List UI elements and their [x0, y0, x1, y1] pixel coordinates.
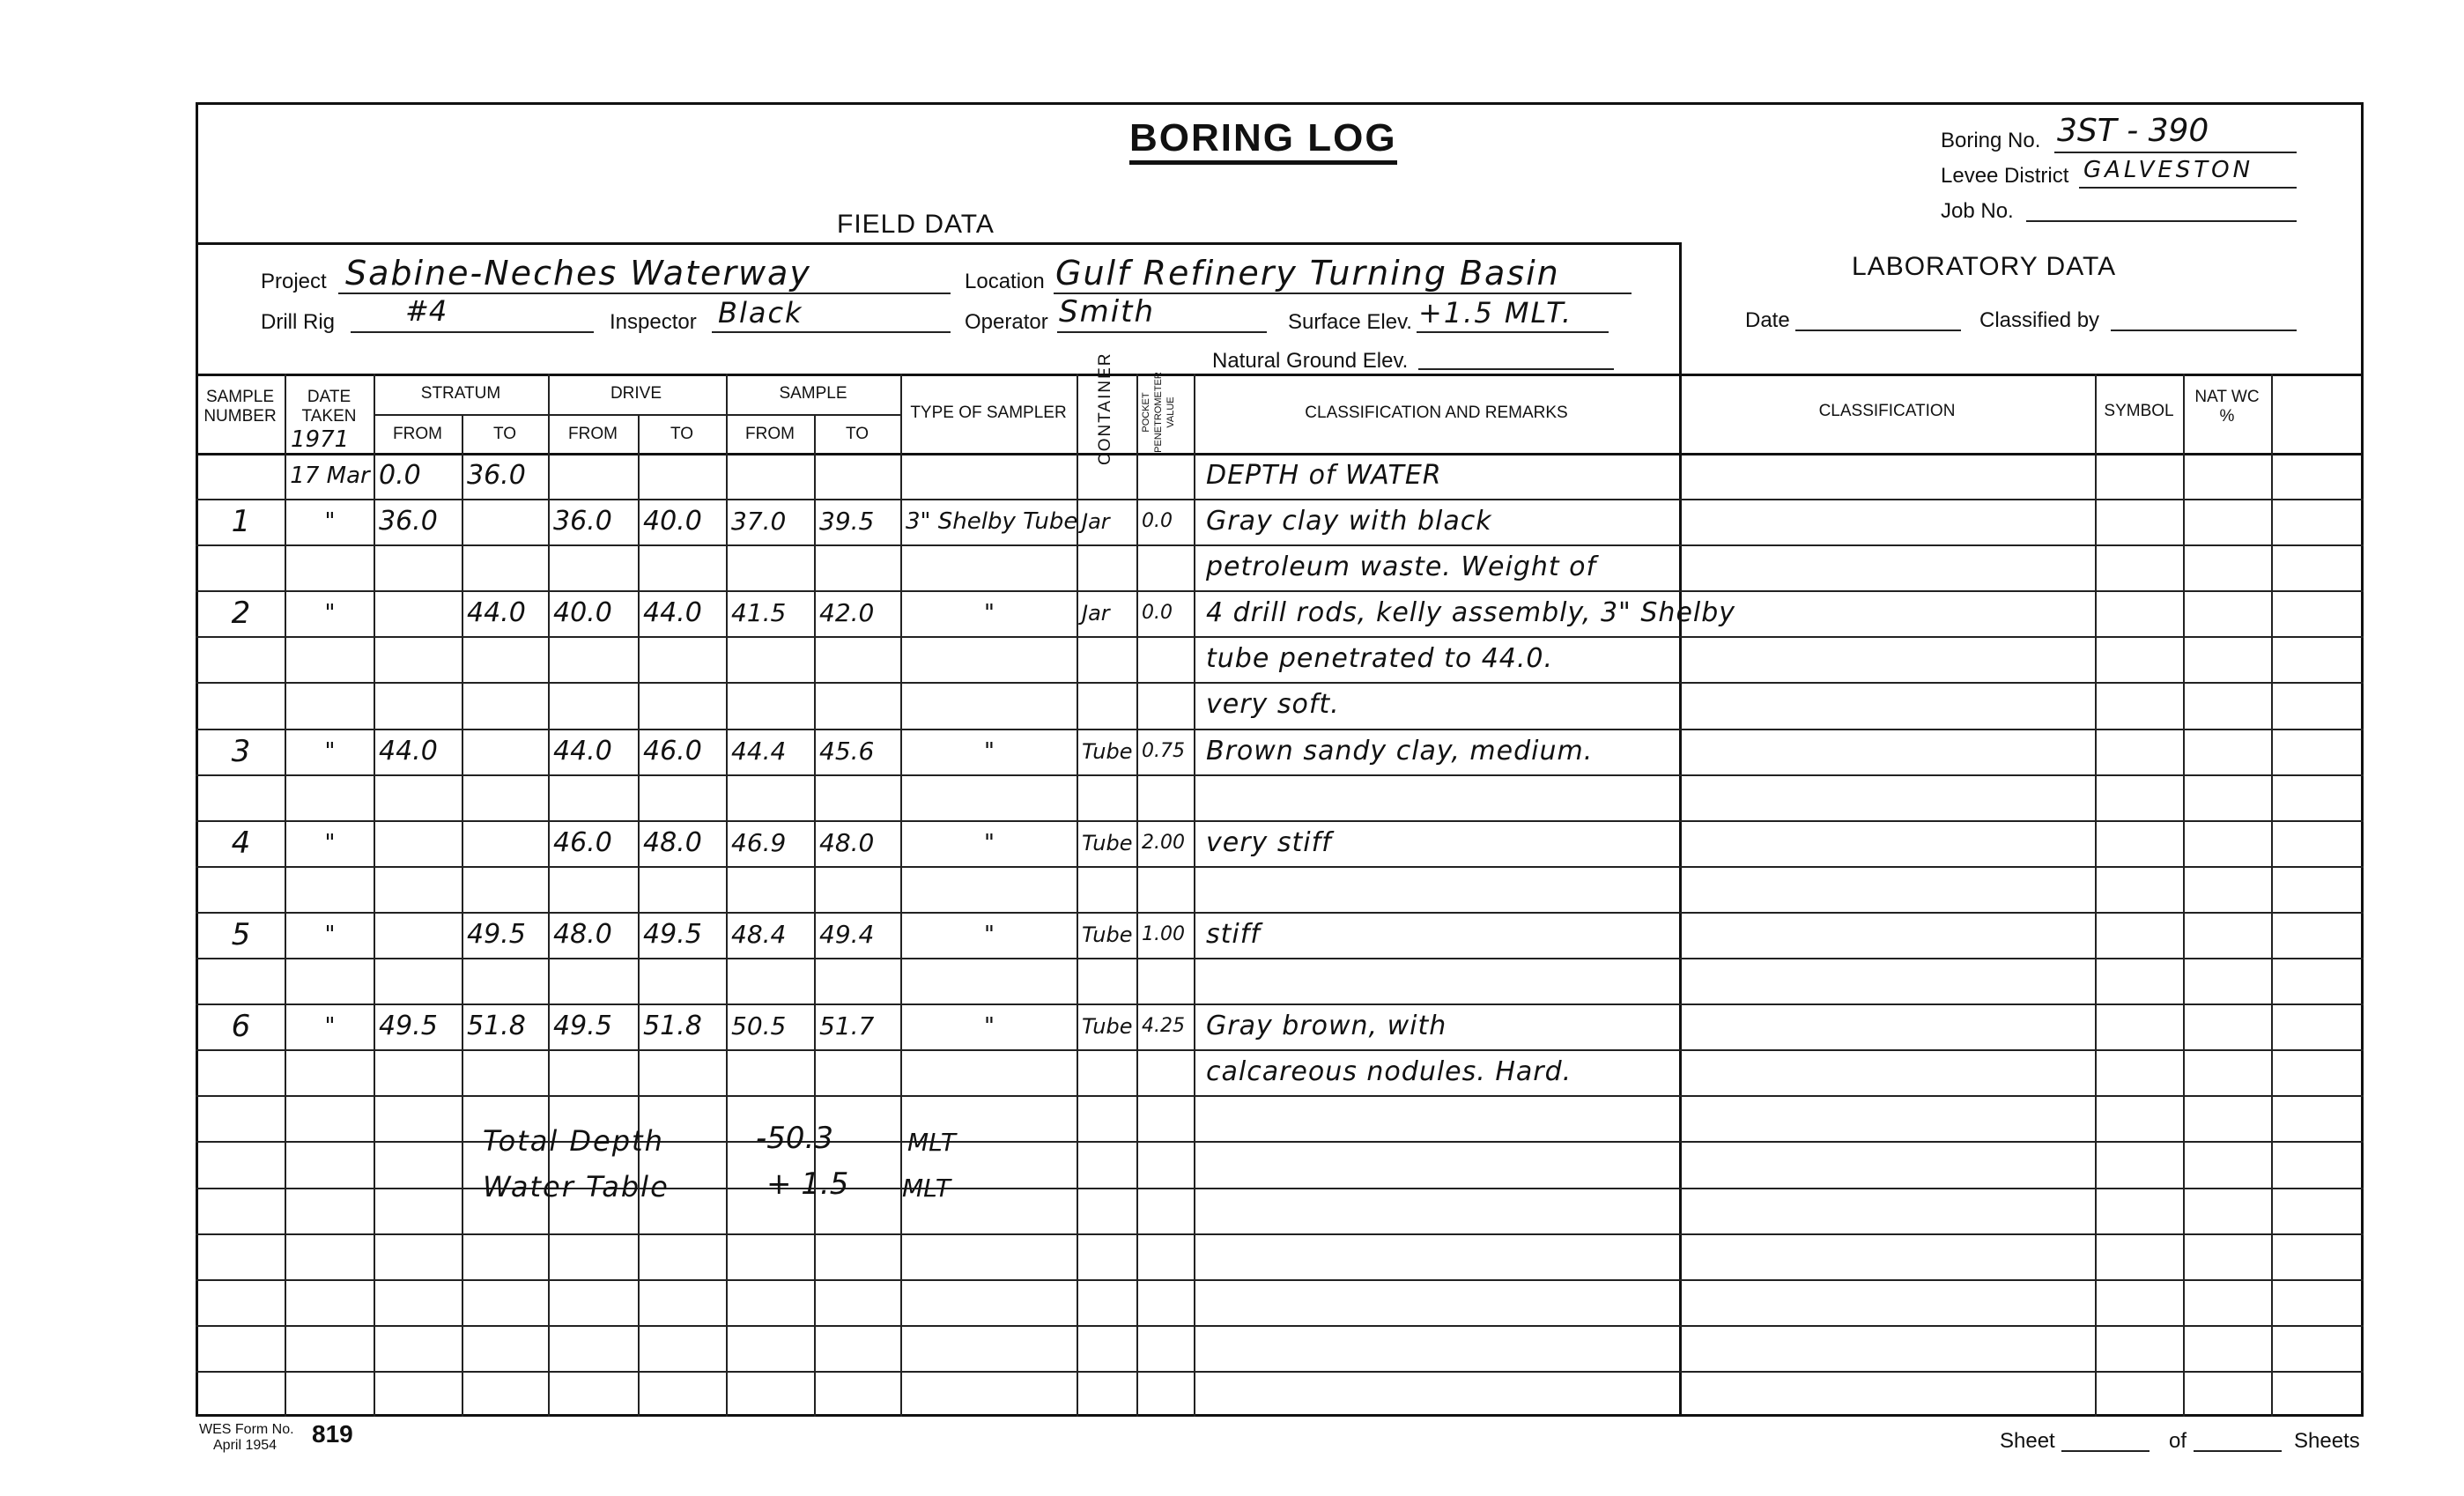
column-divider — [1194, 374, 1195, 1417]
job-no-line — [2026, 220, 2297, 222]
cell-drive-from[interactable]: 44.0 — [553, 734, 634, 769]
column-divider — [726, 374, 728, 1417]
table-header-bottom — [196, 453, 2364, 455]
inspector-field[interactable]: Black — [718, 296, 803, 330]
cell-container[interactable]: Tube — [1082, 826, 1133, 861]
cell-remarks[interactable]: Brown sandy clay, medium. — [1206, 734, 1683, 769]
total-sheets-line[interactable] — [2194, 1450, 2282, 1452]
cell-date[interactable]: " — [290, 596, 370, 631]
col-sample-from: FROM — [726, 425, 814, 444]
sheets-label: Sheets — [2294, 1429, 2360, 1454]
column-divider — [462, 414, 463, 1417]
location-field[interactable]: Gulf Refinery Turning Basin — [1055, 254, 1560, 293]
cell-sample[interactable]: 6 — [201, 1009, 281, 1044]
col-container: CONTAINER — [1096, 359, 1117, 465]
row-divider — [196, 1233, 2364, 1235]
cell-pocket[interactable]: 0.75 — [1142, 734, 1190, 769]
boring-no-label: Boring No. — [1941, 129, 2040, 153]
col-pocket-l2: PENETROMETER — [1153, 372, 1164, 453]
of-label: of — [2169, 1429, 2187, 1454]
col-drive-to: TO — [638, 425, 726, 444]
natural-ground-label: Natural Ground Elev. — [1212, 349, 1408, 374]
cell-sample-from[interactable]: 41.5 — [731, 596, 810, 631]
col-classification: CLASSIFICATION — [1679, 402, 2095, 421]
row-divider — [196, 1095, 2364, 1097]
cell-sample-from[interactable]: 44.4 — [731, 734, 810, 769]
project-field[interactable]: Sabine-Neches Waterway — [345, 254, 811, 293]
cell-date[interactable]: " — [290, 504, 370, 539]
water-table-label: Water Table — [483, 1170, 670, 1203]
cell-drive-to[interactable]: 51.8 — [643, 1009, 722, 1044]
col-sample-number: SAMPLENUMBER — [196, 388, 285, 426]
cell-remarks[interactable]: Gray clay with black — [1206, 504, 1683, 539]
cell-container[interactable]: Tube — [1082, 734, 1133, 769]
row-divider — [196, 1049, 2364, 1051]
cell-sampler[interactable]: " — [906, 734, 1073, 769]
cell-sample[interactable]: 1 — [201, 504, 281, 539]
location-label: Location — [965, 270, 1045, 294]
col-symbol: SYMBOL — [2095, 402, 2183, 421]
cell-remarks[interactable]: Gray brown, with — [1206, 1009, 1683, 1044]
cell-pocket[interactable]: 0.0 — [1142, 504, 1190, 539]
col-sample-to: TO — [814, 425, 900, 444]
col-pocket-l3: VALUE — [1165, 396, 1176, 427]
col-sample-number-l2: NUMBER — [203, 407, 276, 426]
cell-drive-from[interactable]: 48.0 — [553, 917, 634, 952]
cell-stratum-to[interactable]: 36.0 — [467, 458, 544, 493]
col-sample-number-l1: SAMPLE — [206, 388, 274, 406]
column-divider — [900, 374, 902, 1417]
row-divider — [196, 912, 2364, 914]
row-divider — [196, 1279, 2364, 1281]
cell-sample[interactable]: 4 — [201, 826, 281, 861]
cell-sample-to[interactable]: 49.4 — [819, 917, 897, 952]
levee-district-line — [2079, 187, 2297, 189]
row-divider — [196, 820, 2364, 822]
cell-drive-to[interactable]: 48.0 — [643, 826, 722, 861]
col-nat-wc: NAT WC% — [2183, 388, 2271, 426]
cell-drive-to[interactable]: 46.0 — [643, 734, 722, 769]
cell-sample-from[interactable]: 50.5 — [731, 1009, 810, 1044]
field-box-top — [196, 242, 1682, 245]
row-divider — [196, 499, 2364, 500]
col-stratum: STRATUM — [374, 384, 548, 404]
col-nat-wc-l1: NAT WC — [2194, 388, 2259, 406]
cell-stratum-to[interactable]: 49.5 — [467, 917, 544, 952]
job-no-label: Job No. — [1941, 199, 2014, 224]
column-divider — [814, 414, 816, 1417]
column-divider — [285, 374, 286, 1417]
sheet-label: Sheet — [2000, 1429, 2055, 1454]
col-date-l2: TAKEN — [302, 407, 357, 426]
drill-rig-line — [351, 331, 594, 333]
cell-remarks[interactable]: calcareous nodules. Hard. — [1206, 1055, 1683, 1090]
cell-sample-to[interactable]: 39.5 — [819, 504, 897, 539]
column-divider — [1136, 374, 1138, 1417]
cell-date[interactable]: " — [290, 734, 370, 769]
levee-district-field[interactable]: GALVESTON — [2083, 157, 2253, 183]
row-divider — [196, 590, 2364, 592]
cell-container[interactable]: Tube — [1082, 917, 1133, 952]
cell-date[interactable]: " — [290, 1009, 370, 1044]
cell-sampler[interactable]: " — [906, 1009, 1073, 1044]
total-depth-label: Total Depth — [483, 1124, 664, 1158]
cell-sample-to[interactable]: 48.0 — [819, 826, 897, 861]
cell-sample-to[interactable]: 42.0 — [819, 596, 897, 631]
lab-date-line — [1795, 330, 1961, 331]
cell-remarks[interactable]: stiff — [1206, 917, 1683, 952]
row-divider — [196, 958, 2364, 959]
cell-pocket[interactable]: 2.00 — [1142, 826, 1190, 861]
surface-elev-field[interactable]: +1.5 MLT. — [1418, 296, 1572, 330]
sheet-number-line[interactable] — [2061, 1450, 2150, 1452]
cell-stratum-from[interactable]: 44.0 — [379, 734, 458, 769]
cell-sample-from[interactable]: 46.9 — [731, 826, 810, 861]
cell-sample-to[interactable]: 45.6 — [819, 734, 897, 769]
column-divider — [2183, 374, 2185, 1417]
cell-sample-from[interactable]: 37.0 — [731, 504, 810, 539]
cell-sampler[interactable]: " — [906, 596, 1073, 631]
form-number-label: WES Form No. April 1954 — [199, 1422, 294, 1454]
cell-date[interactable]: 17 Mar — [290, 458, 370, 493]
col-stratum-from: FROM — [374, 425, 462, 444]
drill-rig-field[interactable]: #4 — [405, 294, 447, 328]
drill-rig-label: Drill Rig — [261, 310, 335, 335]
cell-drive-from[interactable]: 49.5 — [553, 1009, 634, 1044]
field-data-heading: FIELD DATA — [837, 210, 995, 240]
cell-sample-to[interactable]: 51.7 — [819, 1009, 897, 1044]
row-divider — [196, 866, 2364, 868]
levee-district-label: Levee District — [1941, 164, 2068, 189]
surface-elev-line — [1417, 331, 1609, 333]
cell-remarks[interactable]: DEPTH of WATER — [1206, 458, 1683, 493]
col-type-of-sampler: TYPE OF SAMPLER — [900, 404, 1077, 423]
cell-sampler[interactable]: 3" Shelby Tube — [906, 504, 1073, 539]
form-date: April 1954 — [199, 1438, 277, 1453]
inspector-line — [712, 331, 951, 333]
column-divider — [2271, 374, 2273, 1417]
cell-sampler[interactable]: " — [906, 826, 1073, 861]
classified-by-line — [2111, 330, 2297, 331]
row-divider — [196, 774, 2364, 776]
cell-remarks[interactable]: very stiff — [1206, 826, 1683, 861]
natural-ground-line — [1418, 368, 1614, 370]
water-table-value[interactable]: + 1.5 — [766, 1166, 848, 1202]
cell-container[interactable]: Jar — [1082, 596, 1133, 631]
cell-pocket[interactable]: 0.0 — [1142, 596, 1190, 631]
column-divider — [2095, 374, 2097, 1417]
cell-stratum-to[interactable]: 44.0 — [467, 596, 544, 631]
col-date-l1: DATE — [307, 388, 351, 406]
subheader-divider — [374, 414, 900, 416]
operator-field[interactable]: Smith — [1059, 294, 1155, 330]
lab-date-label: Date — [1745, 308, 1790, 333]
cell-remarks[interactable]: very soft. — [1206, 687, 1683, 722]
cell-drive-from[interactable]: 46.0 — [553, 826, 634, 861]
operator-line — [1057, 331, 1267, 333]
cell-drive-from[interactable]: 36.0 — [553, 504, 634, 539]
cell-sample-from[interactable]: 48.4 — [731, 917, 810, 952]
column-divider — [638, 414, 640, 1417]
boring-no-field[interactable]: 3ST - 390 — [2057, 113, 2209, 149]
form-number-label-text: WES Form No. — [199, 1422, 294, 1437]
form-title: BORING LOG — [1129, 116, 1397, 165]
row-divider — [196, 729, 2364, 730]
col-drive-from: FROM — [548, 425, 638, 444]
boring-no-line — [2054, 152, 2297, 153]
col-sample: SAMPLE — [726, 384, 900, 404]
total-depth-value[interactable]: -50.3 — [756, 1121, 833, 1156]
cell-stratum-from[interactable]: 0.0 — [379, 458, 458, 493]
surface-elev-label: Surface Elev. — [1288, 310, 1412, 335]
lab-data-heading: LABORATORY DATA — [1852, 252, 2116, 282]
row-divider — [196, 1325, 2364, 1327]
cell-remarks[interactable]: petroleum waste. Weight of — [1206, 550, 1683, 585]
cell-stratum-to[interactable]: 51.8 — [467, 1009, 544, 1044]
cell-drive-to[interactable]: 44.0 — [643, 596, 722, 631]
cell-stratum-from[interactable]: 49.5 — [379, 1009, 458, 1044]
row-divider — [196, 682, 2364, 684]
form-number: 819 — [312, 1420, 353, 1448]
cell-container[interactable]: Tube — [1082, 1009, 1133, 1044]
total-depth-unit: MLT — [907, 1128, 956, 1157]
cell-sample[interactable]: 2 — [201, 596, 281, 631]
row-divider — [196, 1371, 2364, 1373]
col-drive: DRIVE — [548, 384, 724, 404]
cell-remarks[interactable]: tube penetrated to 44.0. — [1206, 641, 1683, 677]
table-header-top — [196, 374, 2364, 376]
cell-pocket[interactable]: 1.00 — [1142, 917, 1190, 952]
cell-stratum-from[interactable]: 36.0 — [379, 504, 458, 539]
cell-remarks[interactable]: 4 drill rods, kelly assembly, 3" Shelby — [1206, 596, 1683, 631]
inspector-label: Inspector — [610, 310, 697, 335]
water-table-unit: MLT — [902, 1174, 951, 1203]
row-divider — [196, 544, 2364, 546]
cell-sample[interactable]: 3 — [201, 734, 281, 769]
classified-by-label: Classified by — [1979, 308, 2099, 333]
col-nat-wc-l2: % — [2220, 407, 2235, 426]
project-label: Project — [261, 270, 327, 294]
cell-drive-from[interactable]: 40.0 — [553, 596, 634, 631]
row-divider — [196, 636, 2364, 638]
row-divider — [196, 1004, 2364, 1005]
cell-drive-to[interactable]: 40.0 — [643, 504, 722, 539]
col-pocket-l1: POCKET — [1141, 392, 1151, 432]
cell-date[interactable]: " — [290, 826, 370, 861]
col-pocket-penetrometer: POCKETPENETROMETERVALUE — [1140, 359, 1189, 465]
col-date-taken: DATETAKEN — [285, 388, 374, 426]
column-divider — [548, 374, 550, 1417]
cell-pocket[interactable]: 4.25 — [1142, 1009, 1190, 1044]
cell-container[interactable]: Jar — [1082, 504, 1133, 539]
col-classification-remarks: CLASSIFICATION AND REMARKS — [1194, 404, 1679, 423]
col-stratum-to: TO — [462, 425, 548, 444]
column-divider — [374, 374, 375, 1417]
operator-label: Operator — [965, 310, 1048, 335]
cell-date[interactable]: " — [290, 917, 370, 952]
cell-drive-to[interactable]: 49.5 — [643, 917, 722, 952]
cell-sampler[interactable]: " — [906, 917, 1073, 952]
date-year: 1971 — [291, 426, 349, 453]
cell-sample[interactable]: 5 — [201, 917, 281, 952]
